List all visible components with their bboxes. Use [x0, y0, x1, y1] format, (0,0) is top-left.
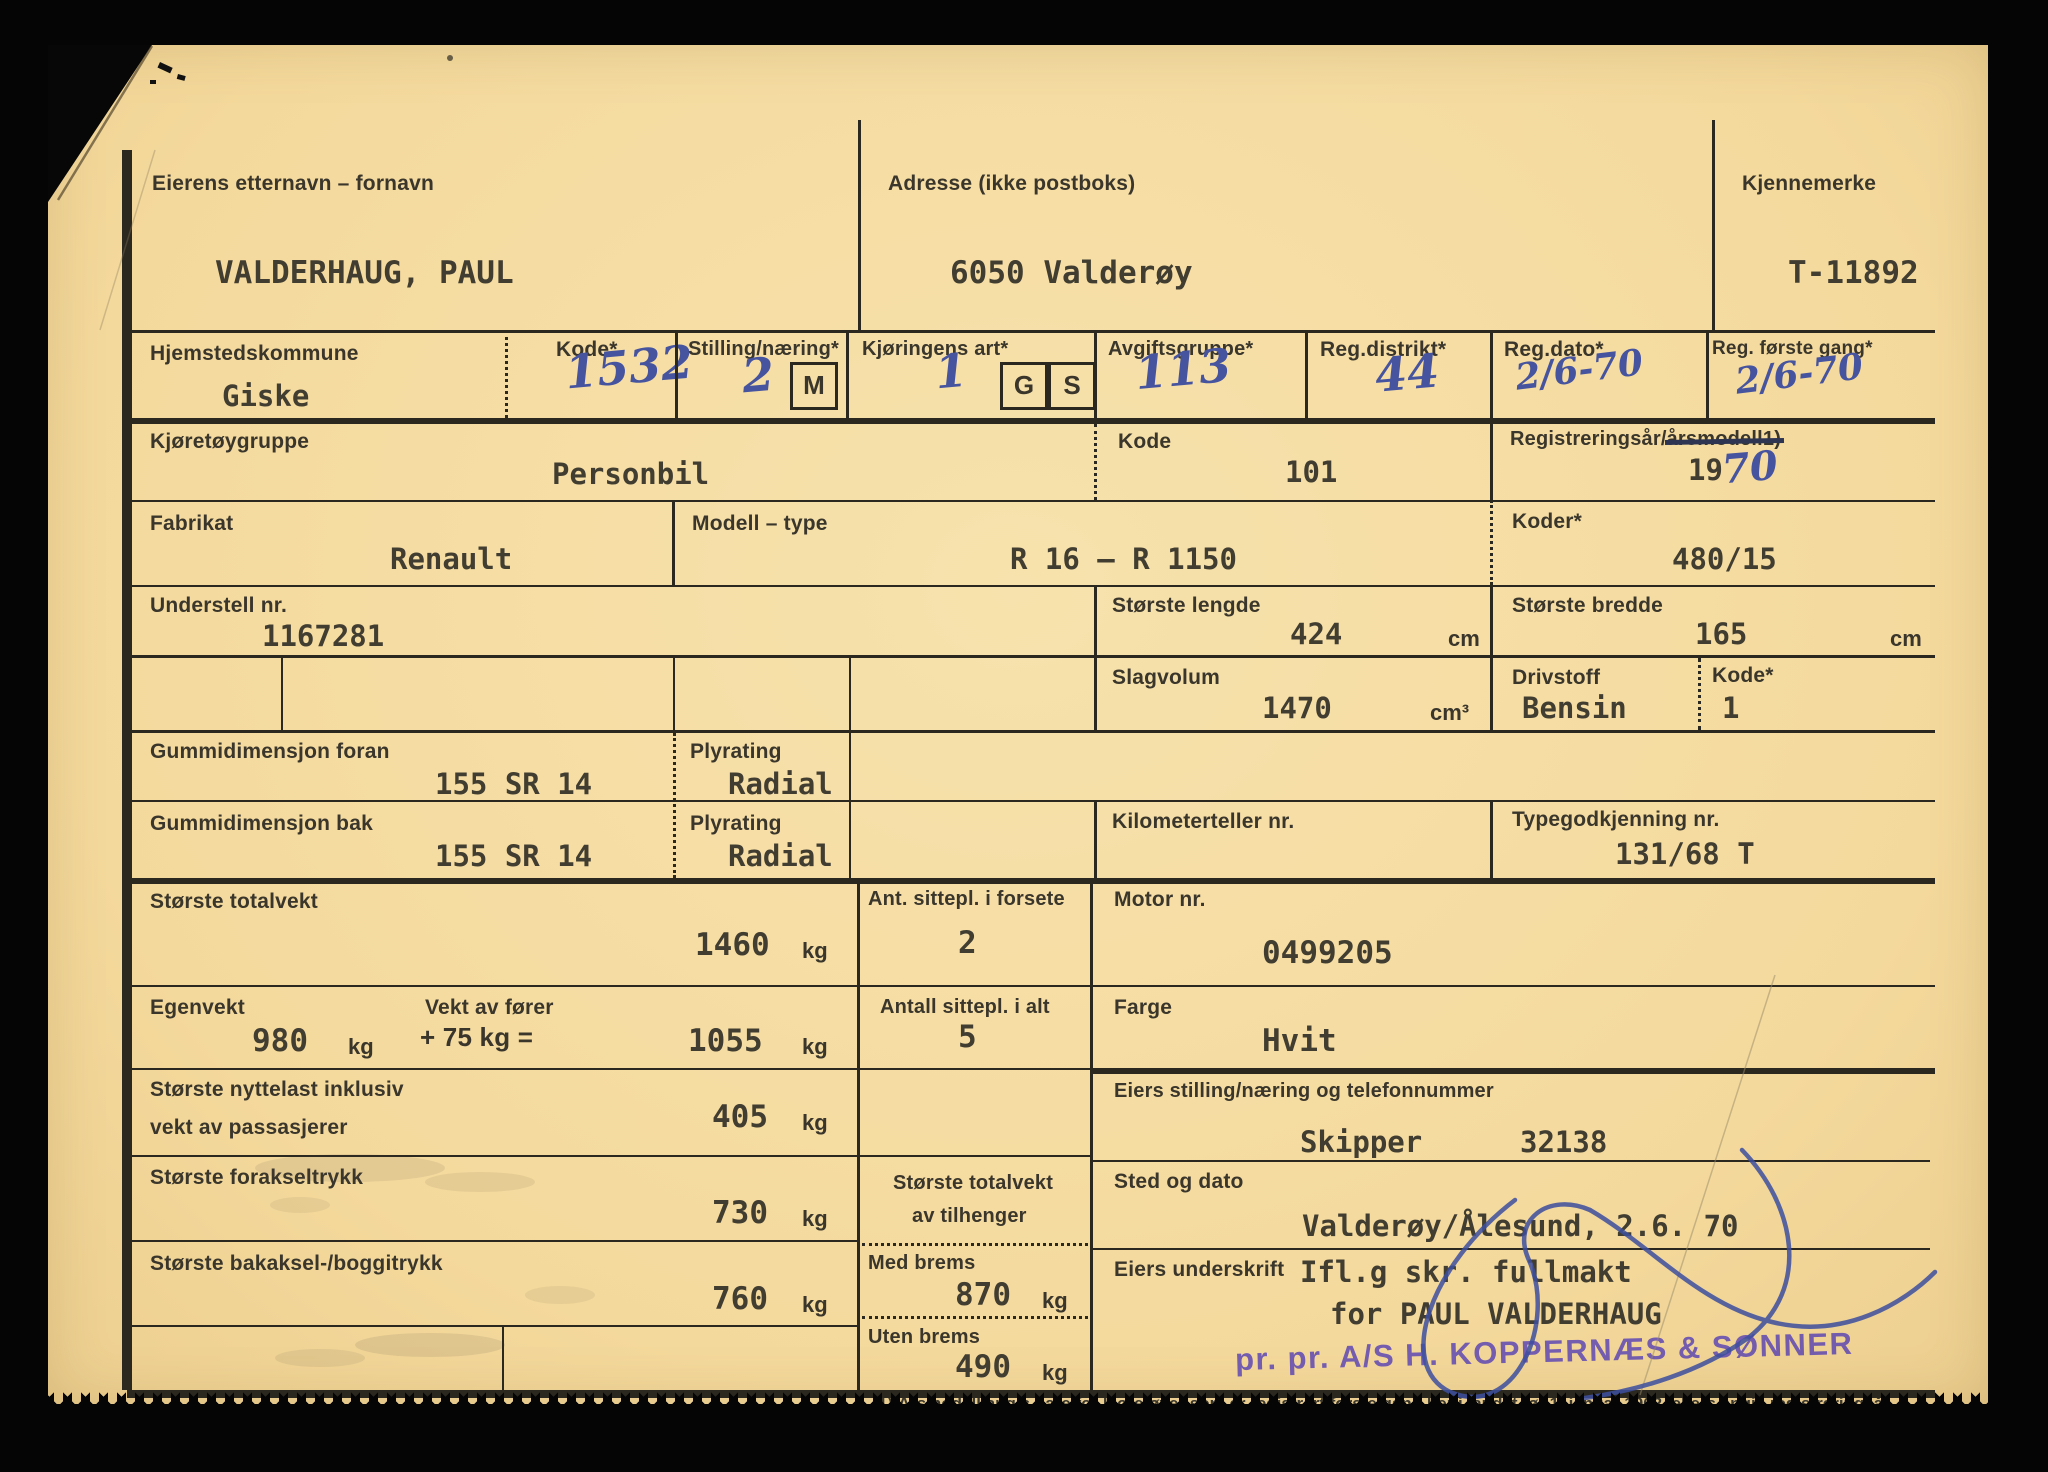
grid-line-v	[1706, 330, 1709, 418]
chassis-value: 1167281	[262, 622, 384, 651]
without-brakes-value: 490	[955, 1352, 1011, 1383]
grid-line-h	[1090, 985, 1935, 987]
type-approval-label: Typegodkjenning nr.	[1512, 808, 1720, 833]
scan-background-top	[0, 0, 2048, 45]
card-paper	[48, 45, 1988, 1405]
grid-line-h	[127, 800, 1935, 802]
grid-line-v	[1490, 800, 1493, 878]
driver-weight-calc: + 75 kg =	[420, 1022, 533, 1053]
with-brakes-label: Med brems	[868, 1252, 975, 1276]
engine-no-label: Motor nr.	[1114, 888, 1206, 913]
front-axle-value: 730	[712, 1198, 768, 1229]
tax-group-value: 113	[1133, 342, 1233, 396]
payload-value: 405	[712, 1102, 768, 1133]
occupation-value-typed: Skipper	[1300, 1128, 1422, 1157]
grid-line-v-dotted	[1698, 658, 1701, 730]
max-length-unit: cm	[1448, 628, 1480, 650]
curb-weight-label: Egenvekt	[150, 996, 245, 1021]
grid-line-h-dotted	[862, 1243, 1088, 1246]
grid-line-v	[1490, 330, 1493, 418]
max-width-label: Største bredde	[1512, 594, 1663, 619]
model-value: R 16 — R 1150	[1010, 545, 1237, 574]
signature-line1: Ifl.g skr. fullmakt	[1300, 1258, 1632, 1287]
grid-line-v	[1490, 585, 1493, 655]
fuel-code-value: 1	[1722, 694, 1739, 723]
grid-line-v	[1094, 658, 1097, 730]
front-axle-unit: kg	[802, 1208, 828, 1230]
grid-line-v	[857, 884, 860, 1390]
front-axle-label: Største forakseltrykk	[150, 1166, 363, 1191]
rear-axle-label: Største bakaksel-/boggitrykk	[150, 1252, 443, 1277]
color-label: Farge	[1114, 996, 1172, 1021]
vehicle-group-label: Kjøretøygruppe	[150, 430, 309, 455]
displacement-value: 1470	[1262, 694, 1332, 723]
driving-type-box-g: G	[1000, 362, 1048, 410]
odometer-label: Kilometerteller nr.	[1112, 810, 1294, 835]
plyrating-front-value: Radial	[728, 770, 833, 799]
engine-no-value: 0499205	[1262, 938, 1393, 969]
driving-type-box-s: S	[1048, 362, 1096, 410]
grid-line-h	[127, 985, 857, 987]
make-label: Fabrikat	[150, 512, 233, 537]
signature-line2: for PAUL VALDERHAUG	[1330, 1300, 1662, 1329]
owner-name-value: VALDERHAUG, PAUL	[215, 258, 514, 289]
curb-plus-driver-value: 1055	[688, 1026, 763, 1057]
place-date-label: Sted og dato	[1114, 1170, 1244, 1195]
vehicle-code-value: 101	[1285, 458, 1337, 487]
plate-label: Kjennemerke	[1742, 172, 1876, 197]
max-total-weight-unit: kg	[802, 940, 828, 962]
trailer-label-line2: av tilhenger	[912, 1205, 1027, 1229]
grid-line-h	[857, 985, 1090, 987]
occupation-phone-label: Eiers stilling/næring og telefonnummer	[1114, 1080, 1494, 1104]
address-value: 6050 Valderøy	[950, 258, 1193, 289]
grid-line-v	[849, 733, 851, 878]
max-total-weight-label: Største totalvekt	[150, 890, 318, 915]
without-brakes-unit: kg	[1042, 1362, 1068, 1384]
reg-year-typed-value: 19	[1688, 456, 1723, 485]
owner-name-label: Eierens etternavn – fornavn	[152, 172, 434, 197]
vehicle-group-value: Personbil	[552, 460, 709, 489]
reg-district-value: 44	[1373, 347, 1441, 398]
grid-line-v	[675, 330, 678, 418]
with-brakes-unit: kg	[1042, 1290, 1068, 1312]
grid-line-v	[846, 330, 849, 418]
value-underline	[1090, 1160, 1930, 1162]
tires-front-label: Gummidimensjon foran	[150, 740, 390, 765]
plyrating-front-label: Plyrating	[690, 740, 782, 765]
tires-rear-label: Gummidimensjon bak	[150, 812, 373, 837]
curb-weight-value: 980	[252, 1026, 308, 1057]
rear-axle-unit: kg	[802, 1294, 828, 1316]
max-width-value: 165	[1695, 620, 1747, 649]
grid-line-v	[1490, 424, 1493, 500]
without-brakes-label: Uten brems	[868, 1326, 980, 1350]
grid-line-h	[127, 1240, 857, 1242]
grid-line-v	[858, 120, 861, 330]
grid-line-h	[127, 330, 1935, 333]
scan-background-right	[1988, 0, 2048, 1472]
table-left-border	[122, 150, 132, 1390]
driver-weight-label: Vekt av fører	[425, 996, 554, 1021]
section-line-h	[1090, 1068, 1935, 1074]
phone-value-typed: 32138	[1520, 1128, 1607, 1157]
grid-line-h	[127, 655, 1935, 658]
grid-line-v	[281, 658, 283, 730]
value-underline	[1090, 1248, 1930, 1250]
tires-rear-value: 155 SR 14	[435, 842, 592, 871]
grid-line-h	[127, 730, 1935, 733]
grid-line-v	[1305, 330, 1308, 418]
grid-line-v	[1712, 120, 1715, 330]
scan-background-bottom	[0, 1404, 2048, 1472]
grid-line-v-dotted	[673, 733, 676, 878]
max-length-value: 424	[1290, 620, 1342, 649]
grid-line-v-dotted	[1490, 500, 1493, 585]
total-seats-value: 5	[958, 1022, 977, 1053]
plyrating-rear-value: Radial	[728, 842, 833, 871]
address-label: Adresse (ikke postboks)	[888, 172, 1135, 197]
grid-line-v	[673, 658, 675, 730]
payload-unit: kg	[802, 1112, 828, 1134]
grid-line-v	[1094, 585, 1097, 655]
max-width-unit: cm	[1890, 628, 1922, 650]
displacement-label: Slagvolum	[1112, 666, 1220, 691]
grid-line-v-dotted	[1094, 424, 1097, 500]
max-total-weight-value: 1460	[695, 930, 770, 961]
occupation-value: 2	[740, 351, 776, 400]
displacement-unit: cm³	[1430, 702, 1469, 724]
max-length-label: Største lengde	[1112, 594, 1261, 619]
reg-year-hand-value: 70	[1720, 446, 1779, 491]
scanned-registration-card: Eierens etternavn – fornavn VALDERHAUG, …	[0, 0, 2048, 1472]
rear-axle-value: 760	[712, 1284, 768, 1315]
curb-weight-unit: kg	[348, 1036, 374, 1058]
grid-line-h	[127, 1325, 857, 1327]
grid-line-h	[127, 585, 1935, 587]
payload-label-line1: Største nyttelast inklusiv	[150, 1078, 404, 1103]
front-seats-label: Ant. sittepl. i forsete	[868, 888, 1065, 912]
occupation-code-box: M	[790, 362, 838, 410]
municipality-value: Giske	[222, 382, 309, 411]
signature-label: Eiers underskrift	[1114, 1258, 1284, 1283]
grid-line-h	[127, 500, 1935, 502]
section-line-h	[127, 878, 1935, 884]
fuel-label: Drivstoff	[1512, 666, 1600, 691]
front-seats-value: 2	[958, 928, 977, 959]
grid-line-h	[857, 1068, 1090, 1070]
place-date-value: Valderøy/Ålesund, 2.6. 70	[1302, 1212, 1739, 1241]
codes-value: 480/15	[1672, 545, 1777, 574]
curb-plus-driver-unit: kg	[802, 1036, 828, 1058]
total-seats-label: Antall sittepl. i alt	[880, 996, 1050, 1020]
model-label: Modell – type	[692, 512, 828, 537]
grid-line-v	[1094, 330, 1097, 418]
grid-line-h-dotted	[862, 1316, 1088, 1319]
grid-line-v	[1490, 658, 1493, 730]
payload-label-line2: vekt av passasjerer	[150, 1116, 348, 1141]
fuel-code-label: Kode*	[1712, 664, 1774, 689]
scan-background-left	[0, 0, 48, 1472]
grid-line-v-dotted	[505, 330, 508, 418]
grid-line-h	[127, 1155, 857, 1157]
tires-front-value: 155 SR 14	[435, 770, 592, 799]
codes-label: Koder*	[1512, 510, 1582, 535]
grid-line-h	[857, 1155, 1090, 1157]
with-brakes-value: 870	[955, 1280, 1011, 1311]
driving-type-value: 1	[933, 347, 969, 396]
grid-line-v	[1094, 800, 1097, 878]
plate-value: T-11892	[1788, 258, 1919, 289]
fuel-value: Bensin	[1522, 694, 1627, 723]
type-approval-value: 131/68 T	[1615, 840, 1755, 869]
municipality-label: Hjemstedskommune	[150, 342, 359, 367]
grid-line-v	[849, 658, 851, 730]
chassis-label: Understell nr.	[150, 594, 287, 619]
color-value: Hvit	[1262, 1026, 1337, 1057]
make-value: Renault	[390, 545, 512, 574]
section-line-h	[127, 418, 1935, 424]
perforated-edge	[0, 1388, 2048, 1405]
grid-line-v	[672, 500, 675, 585]
grid-line-v	[1090, 884, 1093, 1390]
grid-line-h	[127, 1068, 857, 1070]
grid-line-v	[502, 1325, 504, 1390]
vehicle-code-label: Kode	[1118, 430, 1171, 455]
trailer-label-line1: Største totalvekt	[893, 1172, 1053, 1196]
plyrating-rear-label: Plyrating	[690, 812, 782, 837]
